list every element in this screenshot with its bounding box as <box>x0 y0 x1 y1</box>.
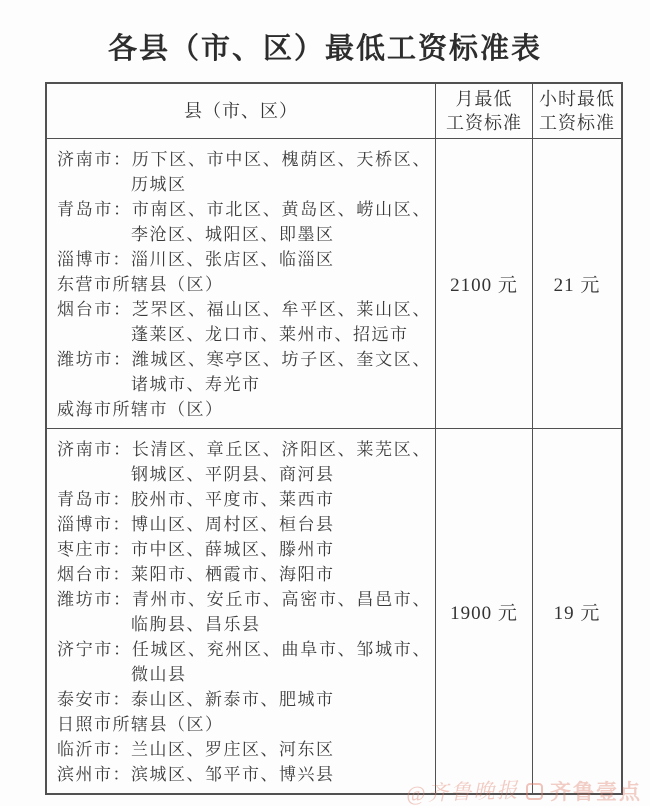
district-list: 历下区、市中区、槐荫区、天桥区、历城区 <box>131 150 431 194</box>
region-entry: 烟台市：莱阳市、栖霞市、海阳市 <box>57 562 431 587</box>
region-entry: 济宁市：任城区、兖州区、曲阜市、邹城市、微山县 <box>57 637 431 687</box>
district-list: 莱阳市、栖霞市、海阳市 <box>131 565 335 584</box>
district-list: 滨城区、邹平市、博兴县 <box>131 765 335 784</box>
region-entry: 济南市：长清区、章丘区、济阳区、莱芜区、钢城区、平阴县、商河县 <box>57 437 431 487</box>
monthly-wage-tier1: 2100 元 <box>435 139 532 428</box>
monthly-wage-tier2: 1900 元 <box>435 429 532 793</box>
district-list: 淄川区、张店区、临淄区 <box>131 250 335 269</box>
region-entry: 潍坊市：潍城区、寒亭区、坊子区、奎文区、诸城市、寿光市 <box>57 347 431 397</box>
region-entry: 潍坊市：青州市、安丘市、高密市、昌邑市、临朐县、昌乐县 <box>57 587 431 637</box>
city-label: 济南市： <box>57 150 132 169</box>
district-list: 潍城区、寒亭区、坊子区、奎文区、诸城市、寿光市 <box>131 350 431 394</box>
region-entry: 烟台市：芝罘区、福山区、牟平区、莱山区、蓬莱区、龙口市、莱州市、招远市 <box>57 297 431 347</box>
city-label: 枣庄市： <box>57 540 131 559</box>
header-monthly-wage: 月最低 工资标准 <box>435 84 532 138</box>
header-hourly-wage: 小时最低 工资标准 <box>532 84 621 138</box>
city-label: 淄博市： <box>57 515 131 534</box>
city-label: 潍坊市： <box>57 590 132 609</box>
header-monthly-line1: 月最低 <box>456 87 513 111</box>
region-entry: 济南市：历下区、市中区、槐荫区、天桥区、历城区 <box>57 147 431 197</box>
city-label: 济宁市： <box>57 640 132 659</box>
region-entry: 枣庄市：市中区、薛城区、滕州市 <box>57 537 431 562</box>
header-monthly-line2: 工资标准 <box>446 111 522 135</box>
header-region-label: 县（市、区） <box>184 99 298 123</box>
minimum-wage-table: 县（市、区） 月最低 工资标准 小时最低 工资标准 济南市：历下区、市中区、槐荫… <box>45 82 623 795</box>
city-label: 青岛市： <box>57 200 132 219</box>
region-entry: 威海市所辖市（区） <box>57 397 431 422</box>
district-list: 兰山区、罗庄区、河东区 <box>131 740 335 759</box>
region-list-tier2: 济南市：长清区、章丘区、济阳区、莱芜区、钢城区、平阴县、商河县青岛市：胶州市、平… <box>47 429 435 793</box>
region-list-tier1: 济南市：历下区、市中区、槐荫区、天桥区、历城区青岛市：市南区、市北区、黄岛区、崂… <box>47 139 435 428</box>
table-row-tier1: 济南市：历下区、市中区、槐荫区、天桥区、历城区青岛市：市南区、市北区、黄岛区、崂… <box>47 138 621 428</box>
district-list: 市中区、薛城区、滕州市 <box>131 540 335 559</box>
district-list: 胶州市、平度市、莱西市 <box>131 490 335 509</box>
district-list: 任城区、兖州区、曲阜市、邹城市、微山县 <box>131 640 431 684</box>
city-label: 济南市： <box>57 440 132 459</box>
header-hourly-line1: 小时最低 <box>539 87 615 111</box>
city-label: 青岛市： <box>57 490 131 509</box>
hourly-wage-tier1: 21 元 <box>532 139 621 428</box>
region-entry: 临沂市：兰山区、罗庄区、河东区 <box>57 737 431 762</box>
city-label: 烟台市： <box>57 300 132 319</box>
city-label: 滨州市： <box>57 765 131 784</box>
page-title: 各县（市、区）最低工资标准表 <box>0 0 650 67</box>
district-list: 市南区、市北区、黄岛区、崂山区、李沧区、城阳区、即墨区 <box>131 200 431 244</box>
district-list: 青州市、安丘市、高密市、昌邑市、临朐县、昌乐县 <box>131 590 431 634</box>
city-label: 泰安市： <box>57 690 131 709</box>
table-row-tier2: 济南市：长清区、章丘区、济阳区、莱芜区、钢城区、平阴县、商河县青岛市：胶州市、平… <box>47 428 621 793</box>
table-header-row: 县（市、区） 月最低 工资标准 小时最低 工资标准 <box>47 84 621 138</box>
region-entry: 滨州市：滨城区、邹平市、博兴县 <box>57 762 431 787</box>
district-list: 东营市所辖县（区） <box>57 275 224 294</box>
region-entry: 泰安市：泰山区、新泰市、肥城市 <box>57 687 431 712</box>
region-entry: 青岛市：市南区、市北区、黄岛区、崂山区、李沧区、城阳区、即墨区 <box>57 197 431 247</box>
region-entry: 青岛市：胶州市、平度市、莱西市 <box>57 487 431 512</box>
city-label: 烟台市： <box>57 565 131 584</box>
region-entry: 淄博市：淄川区、张店区、临淄区 <box>57 247 431 272</box>
hourly-wage-tier2: 19 元 <box>532 429 621 793</box>
region-entry: 东营市所辖县（区） <box>57 272 431 297</box>
district-list: 泰山区、新泰市、肥城市 <box>131 690 335 709</box>
district-list: 威海市所辖市（区） <box>57 400 224 419</box>
header-region: 县（市、区） <box>47 84 435 138</box>
city-label: 临沂市： <box>57 740 131 759</box>
district-list: 博山区、周村区、桓台县 <box>131 515 335 534</box>
region-entry: 淄博市：博山区、周村区、桓台县 <box>57 512 431 537</box>
district-list: 芝罘区、福山区、牟平区、莱山区、蓬莱区、龙口市、莱州市、招远市 <box>131 300 431 344</box>
city-label: 淄博市： <box>57 250 131 269</box>
city-label: 潍坊市： <box>57 350 132 369</box>
district-list: 日照市所辖县（区） <box>57 715 224 734</box>
district-list: 长清区、章丘区、济阳区、莱芜区、钢城区、平阴县、商河县 <box>131 440 431 484</box>
header-hourly-line2: 工资标准 <box>539 111 615 135</box>
region-entry: 日照市所辖县（区） <box>57 712 431 737</box>
